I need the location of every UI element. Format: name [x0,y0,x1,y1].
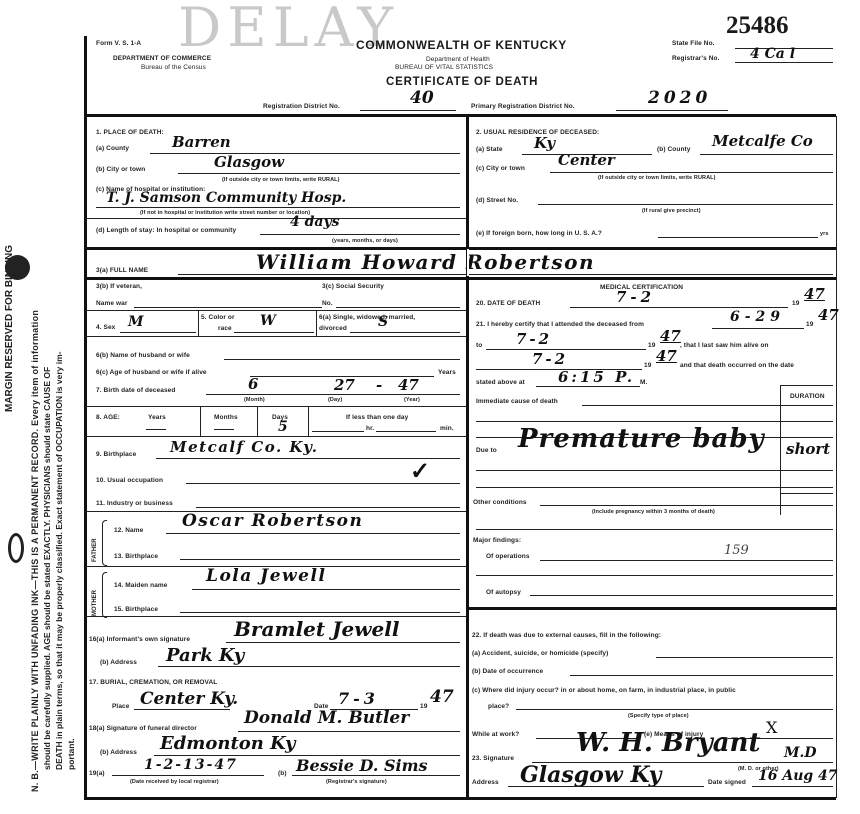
registrar-signature-label: (b) [278,770,287,777]
foreign-born-label: (e) If foreign born, how long in U. S. A… [476,230,602,237]
section-divider-external [468,607,836,610]
mother-maiden-field [192,589,460,590]
operations-field [540,560,833,561]
birth-year-note: (Year) [404,397,420,403]
birthplace-value[interactable]: Metcalf Co. Ky. [170,438,319,456]
death-city-note: (If outside city or town limits, write R… [222,177,340,183]
margin-notice-line4: portant. [66,738,76,770]
death-time-field [536,386,640,387]
race-field [234,332,314,333]
full-name-label: 3(a) FULL NAME [96,267,148,274]
margin-notice-line1: N. B.—WRITE PLAINLY WITH UNFADING INK—TH… [30,310,40,792]
residence-city-note: (If outside city or town limits, write R… [598,175,716,181]
industry-field[interactable] [196,507,460,508]
occupation-label: 10. Usual occupation [96,477,163,484]
immediate-cause-line-2 [476,421,833,422]
hospital-section-divider [86,218,466,219]
registrar-signature-note: (Registrar's signature) [326,779,387,785]
death-county-value[interactable]: Barren [172,133,231,151]
duration-label: DURATION [790,393,825,400]
death-date-value[interactable]: 7-2 [616,288,655,306]
injury-location-label-2: place? [488,703,509,710]
attended-from-year[interactable]: 47 [818,306,839,324]
informant-address-value[interactable]: Park Ky [166,645,244,666]
father-side-label: FATHER [92,538,98,562]
last-seen-year-prefix: 19 [644,362,651,369]
sex-label: 4. Sex [96,324,115,331]
state-title: COMMONWEALTH OF KENTUCKY [356,38,567,52]
mother-maiden-label: 14. Maiden name [114,582,168,589]
father-birthplace-label: 13. Birthplace [114,553,158,560]
duration-line-1 [780,405,833,406]
father-birthplace-field[interactable] [180,559,460,560]
other-conditions-line-2 [476,529,833,530]
residence-city-field [550,172,833,173]
bureau-name: Bureau of the Census [141,64,206,71]
burial-place-field [134,709,230,710]
injury-location-field[interactable] [516,709,833,710]
age-years-label: Years [148,414,166,421]
sex-race-divider [198,310,199,336]
registrar-number-field [735,62,833,63]
death-city-label: (b) City or town [96,166,145,173]
primary-registration-field [616,110,728,111]
certificate-number: 25486 [726,12,789,40]
autopsy-field[interactable] [530,595,833,596]
hospital-field [96,207,460,208]
date-signed-value[interactable]: 16 Aug 47 [758,768,838,784]
operations-line-2 [476,575,833,576]
frame-right [836,116,837,798]
spouse-age-unit: Years [438,369,456,376]
death-occurred-label: and that death occurred on the date [680,362,794,369]
foreign-born-unit: yrs [820,231,829,237]
length-of-stay-label: (d) Length of stay: In hospital or commu… [96,227,236,234]
row-divider-sex [86,310,466,311]
veteran-field[interactable] [134,307,322,308]
burial-date-value[interactable]: 7-3 [338,689,379,708]
row-divider-birthplace [86,436,466,437]
foreign-born-field[interactable] [658,237,818,238]
last-seen-label: , that I last saw him alive on [680,342,769,349]
margin-notice-line3: DEATH in plain terms, so that it may be … [54,352,64,771]
name-row-mask [467,249,469,276]
other-conditions-note: (Include pregnancy within 3 months of de… [592,509,715,515]
age-hours-field[interactable] [312,431,364,432]
spouse-age-label: 6(c) Age of husband or wife if alive [96,369,207,376]
marital-value[interactable]: S [378,314,388,330]
ssn-label: 3(c) Social Security [322,283,384,290]
occurrence-date-field[interactable] [570,675,833,676]
received-date-note: (Date received by local registrar) [130,779,219,785]
binding-hole-top [5,255,30,280]
form-number: Form V. S. 1-A [96,40,141,47]
immediate-cause-label: Immediate cause of death [476,398,558,405]
attended-label: 21. I hereby certify that I attended the… [476,321,644,328]
death-city-value[interactable]: Glasgow [214,153,284,171]
mother-birthplace-label: 15. Birthplace [114,606,158,613]
date-signed-field [752,786,833,787]
immediate-cause-field[interactable] [582,405,780,406]
received-label: 19(a) [89,770,105,777]
attended-to-year[interactable]: 47 [660,327,681,345]
marital-label-2: divorced [319,325,347,332]
marital-label-1: 6(a) Single, widowed, married, [319,314,415,321]
sex-field [120,332,196,333]
informant-address-field [158,666,460,667]
funeral-director-label: 18(a) Signature of funeral director [89,725,197,732]
age-years-field[interactable] [146,429,166,430]
date-signed-label: Date signed [708,779,746,786]
length-of-stay-value[interactable]: 4 days [290,214,340,230]
section-divider-personal [84,277,836,280]
physician-address-field [508,786,704,787]
death-county-label: (a) County [96,145,129,152]
vital-statistics-bureau: BUREAU OF VITAL STATISTICS [395,64,493,71]
registration-district-value[interactable]: 40 [410,88,434,108]
due-to-field [476,470,833,471]
attended-to-label: to [476,342,482,349]
while-at-work-label: While at work? [472,731,519,738]
attended-year-prefix: 19 [806,321,813,328]
row-divider-age [86,406,466,407]
mother-birthplace-field[interactable] [180,612,460,613]
age-months-label: Months [214,414,238,421]
veteran-label: 3(b) If veteran, [96,283,142,290]
attended-to-value[interactable]: 7-2 [516,330,552,348]
place-of-death-title: 1. PLACE OF DEATH: [96,129,164,136]
residence-state-label: (a) State [476,146,503,153]
burial-year-prefix: 19 [420,703,427,710]
registrar-number-label: Registrar's No. [672,55,719,62]
birth-day-note: (Day) [328,397,342,403]
informant-signature-value[interactable]: Bramlet Jewell [234,617,399,641]
mother-brace [102,572,107,618]
primary-registration-value[interactable]: 2020 [648,88,711,108]
father-name-field [166,533,460,534]
age-minutes-field[interactable] [376,431,436,432]
funeral-director-field [238,731,460,732]
injury-location-note: (Specify type of place) [628,713,689,719]
mother-maiden-value[interactable]: Lola Jewell [206,566,326,586]
external-title: 22. If death was due to external causes,… [472,632,661,639]
physician-signature-label: 23. Signature [472,755,514,762]
age-months-field[interactable] [214,429,234,430]
father-brace [102,520,107,566]
age-label: 8. AGE: [96,414,120,421]
director-address-value[interactable]: Edmonton Ky [160,733,295,754]
residence-state-value[interactable]: Ky [534,134,555,152]
state-file-label: State File No. [672,40,715,47]
death-time-suffix: M. [640,379,647,386]
attended-from-field [712,328,804,329]
birth-date-separator: - [376,376,382,394]
birth-month-note: (Month) [244,397,265,403]
age-divider-3 [308,406,309,436]
informant-address-label: (b) Address [100,659,137,666]
birthplace-label: 9. Birthplace [96,451,136,458]
received-date-field [112,775,264,776]
physician-signature-suffix: M.D [784,745,817,761]
residence-city-label: (c) City or town [476,165,525,172]
residence-county-label: (b) County [657,146,691,153]
operations-value[interactable]: 159 [724,543,749,558]
major-findings-label: Major findings: [473,537,521,544]
occupation-value[interactable]: ✓ [410,456,430,485]
birth-date-label: 7. Birth date of deceased [96,387,175,394]
binding-hole-bottom [8,533,24,563]
ssn-field[interactable] [336,307,460,308]
informant-signature-label: 16(a) Informant's own signature [89,636,190,643]
last-seen-year[interactable]: 47 [656,347,677,365]
operations-label: Of operations [486,553,530,560]
residence-county-field [700,154,833,155]
stated-above-label: stated above at [476,379,525,386]
birth-day-value[interactable]: 27 [334,376,355,394]
accident-label: (a) Accident, suicide, or homicide (spec… [472,650,608,657]
father-name-value[interactable]: Oscar Robertson [182,511,363,531]
frame-left [84,36,87,798]
physician-signature-value[interactable]: W. H. Bryant [576,728,760,758]
birth-year-value[interactable]: 47 [398,376,419,394]
ssn-no-label: No. [322,300,333,307]
race-value[interactable]: W [260,313,276,329]
due-to-label: Due to [476,447,497,454]
mother-side-label: MOTHER [92,590,98,616]
length-of-stay-note: (years, months, or days) [332,238,398,244]
street-label: (d) Street No. [476,197,518,204]
last-seen-value[interactable]: 7-2 [532,350,568,368]
registrar-signature-value[interactable]: Bessie D. Sims [296,756,428,775]
injury-location-label: (c) Where did injury occur? in or about … [472,687,736,694]
death-date-field [570,307,788,308]
death-date-label: 20. DATE OF DEATH [476,300,540,307]
race-label-1: 5. Color or [201,314,235,321]
burial-place-value[interactable]: Center Ky. [140,689,238,709]
race-label-2: race [218,325,232,332]
burial-year-value[interactable]: 47 [430,687,454,707]
center-divider [466,116,469,798]
certificate-title: CERTIFICATE OF DEATH [386,76,538,88]
street-note: (If rural give precinct) [642,208,701,214]
registrar-signature-field [292,775,460,776]
cause-line-5 [476,487,833,488]
registration-district-field [360,110,456,111]
occupation-field [186,483,460,484]
death-time-value[interactable]: 6:15 P. [558,368,635,386]
death-county-field [150,153,460,154]
attended-from-value[interactable]: 6-29 [730,309,785,325]
registration-district-label: Registration District No. [263,103,340,110]
funeral-director-value[interactable]: Donald M. Butler [244,708,409,728]
length-of-stay-field [260,234,460,235]
residence-city-value[interactable]: Center [558,151,615,169]
margin-notice-line2: should be carefully supplied. AGE should… [42,367,52,770]
row-divider-spouse [86,336,466,337]
health-department: Department of Health [426,56,490,63]
other-conditions-label: Other conditions [473,499,527,506]
age-divider-1 [200,406,201,436]
physician-address-value[interactable]: Glasgow Ky [520,762,661,788]
spouse-name-label: 6(b) Name of husband or wife [96,352,190,359]
veteran-war-label: Name war [96,300,128,307]
minutes-label: min. [440,425,454,432]
death-city-field [178,173,460,174]
death-year-prefix: 19 [792,300,799,307]
registrar-number-value[interactable]: 4 Ca l [750,46,795,62]
due-to-value[interactable]: Premature baby [518,424,765,454]
hours-label: hr. [366,425,374,432]
means-of-injury-value[interactable]: X [766,718,777,737]
industry-label: 11. Industry or business [96,500,173,507]
burial-place-label: Place [112,703,130,710]
accident-field[interactable] [656,657,833,658]
director-address-label: (b) Address [100,749,137,756]
primary-registration-label: Primary Registration District No. [471,103,575,110]
duration-value[interactable]: short [786,440,830,458]
frame-bottom [84,797,836,800]
header-divider [84,114,836,117]
death-year-value[interactable]: 47 [804,285,825,303]
informant-signature-field [226,642,460,643]
father-name-label: 12. Name [114,527,143,534]
full-name-value[interactable]: William Howard Robertson [256,250,595,274]
age-divider-2 [257,406,258,436]
sex-value[interactable]: M [128,314,144,330]
race-marital-divider [316,310,317,336]
burial-label: 17. BURIAL, CREMATION, OR REMOVAL [89,679,217,686]
age-days-value[interactable]: 5 [278,419,288,435]
other-conditions-field[interactable] [540,505,833,506]
less-than-day-label: If less than one day [346,414,408,421]
hospital-value[interactable]: T. J. Samson Community Hosp. [106,190,346,206]
hospital-note: (If not in hospital or institution write… [140,210,310,216]
spouse-name-field[interactable] [224,359,460,360]
residence-county-value[interactable]: Metcalfe Co [712,132,813,150]
occurrence-date-label: (b) Date of occurrence [472,668,543,675]
marital-field [350,332,460,333]
duration-line-bottom [780,493,833,494]
street-field[interactable] [538,204,833,205]
received-date-value[interactable]: 1-2-13-47 [144,757,238,773]
duration-box-top [780,385,833,386]
autopsy-label: Of autopsy [486,589,521,596]
attended-to-year-prefix: 19 [648,342,655,349]
department-name: DEPARTMENT OF COMMERCE [113,55,211,62]
physician-address-label: Address [472,779,499,786]
birth-month-value[interactable]: 6 [248,375,258,393]
birth-date-field [206,394,460,395]
full-name-field [178,274,833,275]
